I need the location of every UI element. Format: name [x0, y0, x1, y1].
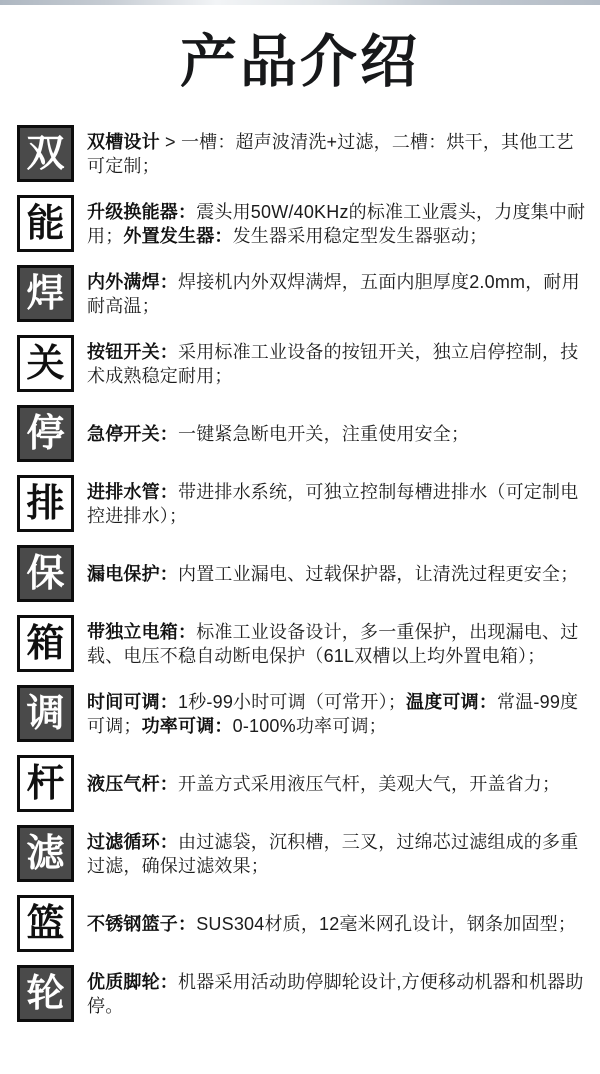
- feature-text: 时间可调：1秒-99小时可调（可常开）；温度可调：常温-99度可调；功率可调：0…: [87, 690, 591, 738]
- feature-label: 漏电保护：: [87, 564, 178, 584]
- feature-text: 进排水管：带进排水系统，可独立控制每槽进排水（可定制电控进排水）；: [87, 480, 591, 528]
- feature-label: 带独立电箱：: [87, 622, 196, 642]
- feature-label: 内外满焊：: [87, 272, 178, 292]
- feature-description: 1秒-99小时可调（可常开）；: [178, 692, 406, 712]
- feature-text: 漏电保护：内置工业漏电、过载保护器，让清洗过程更安全；: [87, 562, 591, 586]
- feature-label: 急停开关：: [87, 424, 178, 444]
- feature-text: 内外满焊：焊接机内外双焊满焊，五面内胆厚度2.0mm，耐用耐高温；: [87, 270, 591, 318]
- feature-description: 一键紧急断电开关，注重使用安全；: [178, 424, 469, 444]
- feature-text: 优质脚轮：机器采用活动助停脚轮设计,方便移动机器和机器助停。: [87, 970, 591, 1018]
- feature-badge-icon: 双: [17, 125, 74, 182]
- feature-item: 轮优质脚轮：机器采用活动助停脚轮设计,方便移动机器和机器助停。: [17, 965, 592, 1022]
- feature-badge-icon: 停: [17, 405, 74, 462]
- feature-label: 不锈钢篮子：: [87, 914, 196, 934]
- feature-badge-icon: 关: [17, 335, 74, 392]
- feature-label: 时间可调：: [87, 692, 178, 712]
- feature-description: 内置工业漏电、过载保护器，让清洗过程更安全；: [178, 564, 578, 584]
- feature-badge-icon: 滤: [17, 825, 74, 882]
- feature-label: 过滤循环：: [87, 832, 178, 852]
- feature-badge-icon: 排: [17, 475, 74, 532]
- product-intro-page: 产品介绍 双双槽设计 > 一槽：超声波清洗+过滤，二槽：烘干，其他工艺可定制；能…: [0, 0, 600, 1022]
- feature-item: 保漏电保护：内置工业漏电、过载保护器，让清洗过程更安全；: [17, 545, 592, 602]
- feature-item: 关按钮开关：采用标准工业设备的按钮开关，独立启停控制，技术成熟稳定耐用；: [17, 335, 592, 392]
- feature-description: SUS304材质，12毫米网孔设计，钢条加固型；: [196, 914, 576, 934]
- feature-item: 焊内外满焊：焊接机内外双焊满焊，五面内胆厚度2.0mm，耐用耐高温；: [17, 265, 592, 322]
- page-title: 产品介绍: [0, 31, 600, 93]
- feature-label: 按钮开关：: [87, 342, 178, 362]
- feature-label: 温度可调：: [406, 692, 497, 712]
- feature-badge-icon: 轮: [17, 965, 74, 1022]
- feature-item: 调时间可调：1秒-99小时可调（可常开）；温度可调：常温-99度可调；功率可调：…: [17, 685, 592, 742]
- feature-label: 升级换能器：: [87, 202, 196, 222]
- feature-text: 双槽设计 > 一槽：超声波清洗+过滤，二槽：烘干，其他工艺可定制；: [87, 130, 591, 178]
- feature-item: 停急停开关：一键紧急断电开关，注重使用安全；: [17, 405, 592, 462]
- feature-item: 箱带独立电箱：标准工业设备设计，多一重保护，出现漏电、过载、电压不稳自动断电保护…: [17, 615, 592, 672]
- feature-item: 排进排水管：带进排水系统，可独立控制每槽进排水（可定制电控进排水）；: [17, 475, 592, 532]
- feature-item: 滤过滤循环：由过滤袋，沉积槽，三叉，过绵芯过滤组成的多重过滤，确保过滤效果；: [17, 825, 592, 882]
- feature-text: 液压气杆：开盖方式采用液压气杆，美观大气，开盖省力；: [87, 772, 591, 796]
- feature-description: >: [160, 132, 181, 152]
- feature-label: 功率可调：: [142, 716, 233, 736]
- feature-label: 进排水管：: [87, 482, 178, 502]
- feature-list: 双双槽设计 > 一槽：超声波清洗+过滤，二槽：烘干，其他工艺可定制；能升级换能器…: [0, 125, 600, 1022]
- feature-badge-icon: 篮: [17, 895, 74, 952]
- feature-badge-icon: 保: [17, 545, 74, 602]
- feature-description: 发生器采用稳定型发生器驱动；: [233, 226, 488, 246]
- feature-badge-icon: 箱: [17, 615, 74, 672]
- feature-label: 液压气杆：: [87, 774, 178, 794]
- feature-description: 0-100%功率可调；: [233, 716, 387, 736]
- feature-text: 升级换能器：震头用50W/40KHz的标准工业震头，力度集中耐用；外置发生器：发…: [87, 200, 591, 248]
- feature-item: 双双槽设计 > 一槽：超声波清洗+过滤，二槽：烘干，其他工艺可定制；: [17, 125, 592, 182]
- feature-item: 杆液压气杆：开盖方式采用液压气杆，美观大气，开盖省力；: [17, 755, 592, 812]
- feature-item: 篮不锈钢篮子：SUS304材质，12毫米网孔设计，钢条加固型；: [17, 895, 592, 952]
- feature-text: 过滤循环：由过滤袋，沉积槽，三叉，过绵芯过滤组成的多重过滤，确保过滤效果；: [87, 830, 591, 878]
- feature-badge-icon: 杆: [17, 755, 74, 812]
- feature-badge-icon: 焊: [17, 265, 74, 322]
- feature-text: 急停开关：一键紧急断电开关，注重使用安全；: [87, 422, 591, 446]
- feature-badge-icon: 调: [17, 685, 74, 742]
- feature-badge-icon: 能: [17, 195, 74, 252]
- feature-text: 按钮开关：采用标准工业设备的按钮开关，独立启停控制，技术成熟稳定耐用；: [87, 340, 591, 388]
- feature-label: 双槽设计: [87, 132, 160, 152]
- feature-label: 外置发生器：: [123, 226, 232, 246]
- feature-item: 能升级换能器：震头用50W/40KHz的标准工业震头，力度集中耐用；外置发生器：…: [17, 195, 592, 252]
- feature-label: 优质脚轮：: [87, 972, 178, 992]
- feature-text: 不锈钢篮子：SUS304材质，12毫米网孔设计，钢条加固型；: [87, 912, 591, 936]
- feature-text: 带独立电箱：标准工业设备设计，多一重保护，出现漏电、过载、电压不稳自动断电保护（…: [87, 620, 591, 668]
- feature-description: 开盖方式采用液压气杆，美观大气，开盖省力；: [178, 774, 560, 794]
- top-image-edge: [0, 0, 600, 5]
